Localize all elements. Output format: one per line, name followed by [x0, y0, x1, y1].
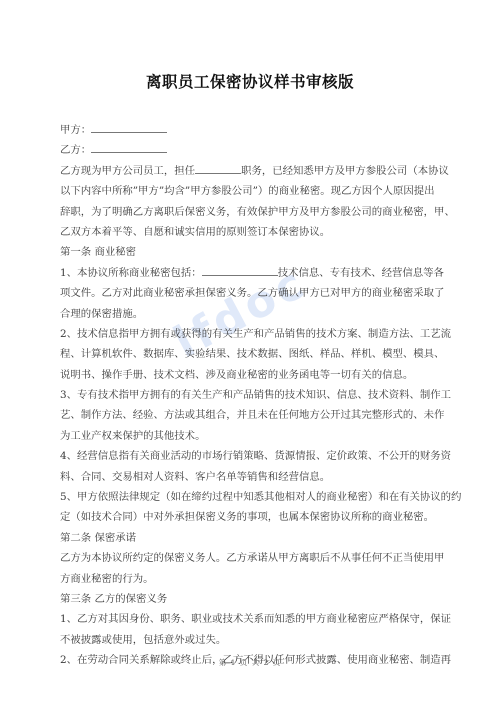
party-b-label: 乙方： — [60, 144, 91, 156]
page-footer: 第 1 页 共 2 页 — [0, 657, 500, 668]
party-b-line: 乙方： — [60, 140, 444, 160]
paragraph-line: 1、乙方对其因身份、职务、职业或技术关系而知悉的甲方商业秘密应严格保守，保证 — [60, 609, 444, 629]
party-a-line: 甲方： — [60, 120, 444, 140]
party-b-blank — [91, 143, 167, 153]
paragraph-line: 乙方为本协议所约定的保密义务人。乙方承诺从甲方离职后不从事任何不正当使用甲 — [60, 548, 444, 568]
paragraph-line: 项文件。乙方对此商业秘密承担保密义务。乙方确认甲方已对甲方的商业秘密采取了 — [60, 283, 444, 303]
paragraph-line: 料、合同、交易相对人资料、客户名单等销售和经营信息。 — [60, 467, 444, 487]
paragraph-line: 为工业产权来保护的其他技术。 — [60, 426, 444, 446]
party-a-label: 甲方： — [60, 124, 91, 136]
paragraph-line: 5、甲方依照法律规定（如在缔约过程中知悉其他相对人的商业秘密）和在有关协议的约 — [60, 487, 444, 507]
paragraph-line: 2、技术信息指甲方拥有或获得的有关生产和产品销售的技术方案、制造方法、工艺流 — [60, 324, 444, 344]
paragraph-line: 不被披露或使用，包括意外或过失。 — [60, 630, 444, 650]
paragraph-line: 以下内容中所称”甲方”均含”甲方参股公司”）的商业秘密。现乙方因个人原因提出 — [60, 181, 444, 201]
paragraph-line: 乙方现为甲方公司员工，担任职务，已经知悉甲方及甲方参股公司（本协议 — [60, 161, 444, 181]
text-span: 1、本协议所称商业秘密包括： — [60, 267, 202, 279]
text-span: 技术信息、专有技术、经营信息等各 — [278, 267, 444, 279]
document-page: 离职员工保密协议样书审核版 lfdoc 甲方： 乙方： 乙方现为甲方公司员工，担… — [0, 0, 500, 706]
paragraph-line: 艺、制作方法、经验、方法或其组合，并且未在任何地方公开过其完整形式的、未作 — [60, 405, 444, 425]
paragraph-line: 1、本协议所称商业秘密包括：技术信息、专有技术、经营信息等各 — [60, 263, 444, 283]
paragraph-line: 3、专有技术指甲方拥有的有关生产和产品销售的技术知识、信息、技术资料、制作工 — [60, 385, 444, 405]
position-blank — [195, 164, 241, 174]
paragraph-line: 4、经营信息指有关商业活动的市场行销策略、货源情报、定价政策、不公开的财务资 — [60, 446, 444, 466]
section-heading: 第一条 商业秘密 — [60, 242, 444, 262]
paragraph-line: 乙双方本着平等、自愿和诚实信用的原则签订本保密协议。 — [60, 222, 444, 242]
paragraph-line: 合理的保密措施。 — [60, 304, 444, 324]
party-a-blank — [91, 123, 167, 133]
text-span: 职务，已经知悉甲方及甲方参股公司（本协议 — [241, 165, 449, 177]
secret-blank — [202, 266, 278, 276]
paragraph-line: 方商业秘密的行为。 — [60, 569, 444, 589]
paragraph-line: 定（如技术合同）中对外承担保密义务的事项，也属本保密协议所称的商业秘密。 — [60, 507, 444, 527]
section-heading: 第二条 保密承诺 — [60, 528, 444, 548]
paragraph-line: 说明书、操作手册、技术文档、涉及商业秘密的业务函电等一切有关的信息。 — [60, 365, 444, 385]
paragraph-line: 程、计算机软件、数据库、实验结果、技术数据、图纸、样品、样机、模型、模具、 — [60, 344, 444, 364]
document-body: 甲方： 乙方： 乙方现为甲方公司员工，担任职务，已经知悉甲方及甲方参股公司（本协… — [60, 120, 444, 671]
text-span: 乙方现为甲方公司员工，担任 — [60, 165, 195, 177]
paragraph-line: 辞职，为了明确乙方离职后保密义务，有效保护甲方及甲方参股公司的商业秘密，甲、 — [60, 202, 444, 222]
section-heading: 第三条 乙方的保密义务 — [60, 589, 444, 609]
document-title: 离职员工保密协议样书审核版 — [0, 70, 500, 92]
